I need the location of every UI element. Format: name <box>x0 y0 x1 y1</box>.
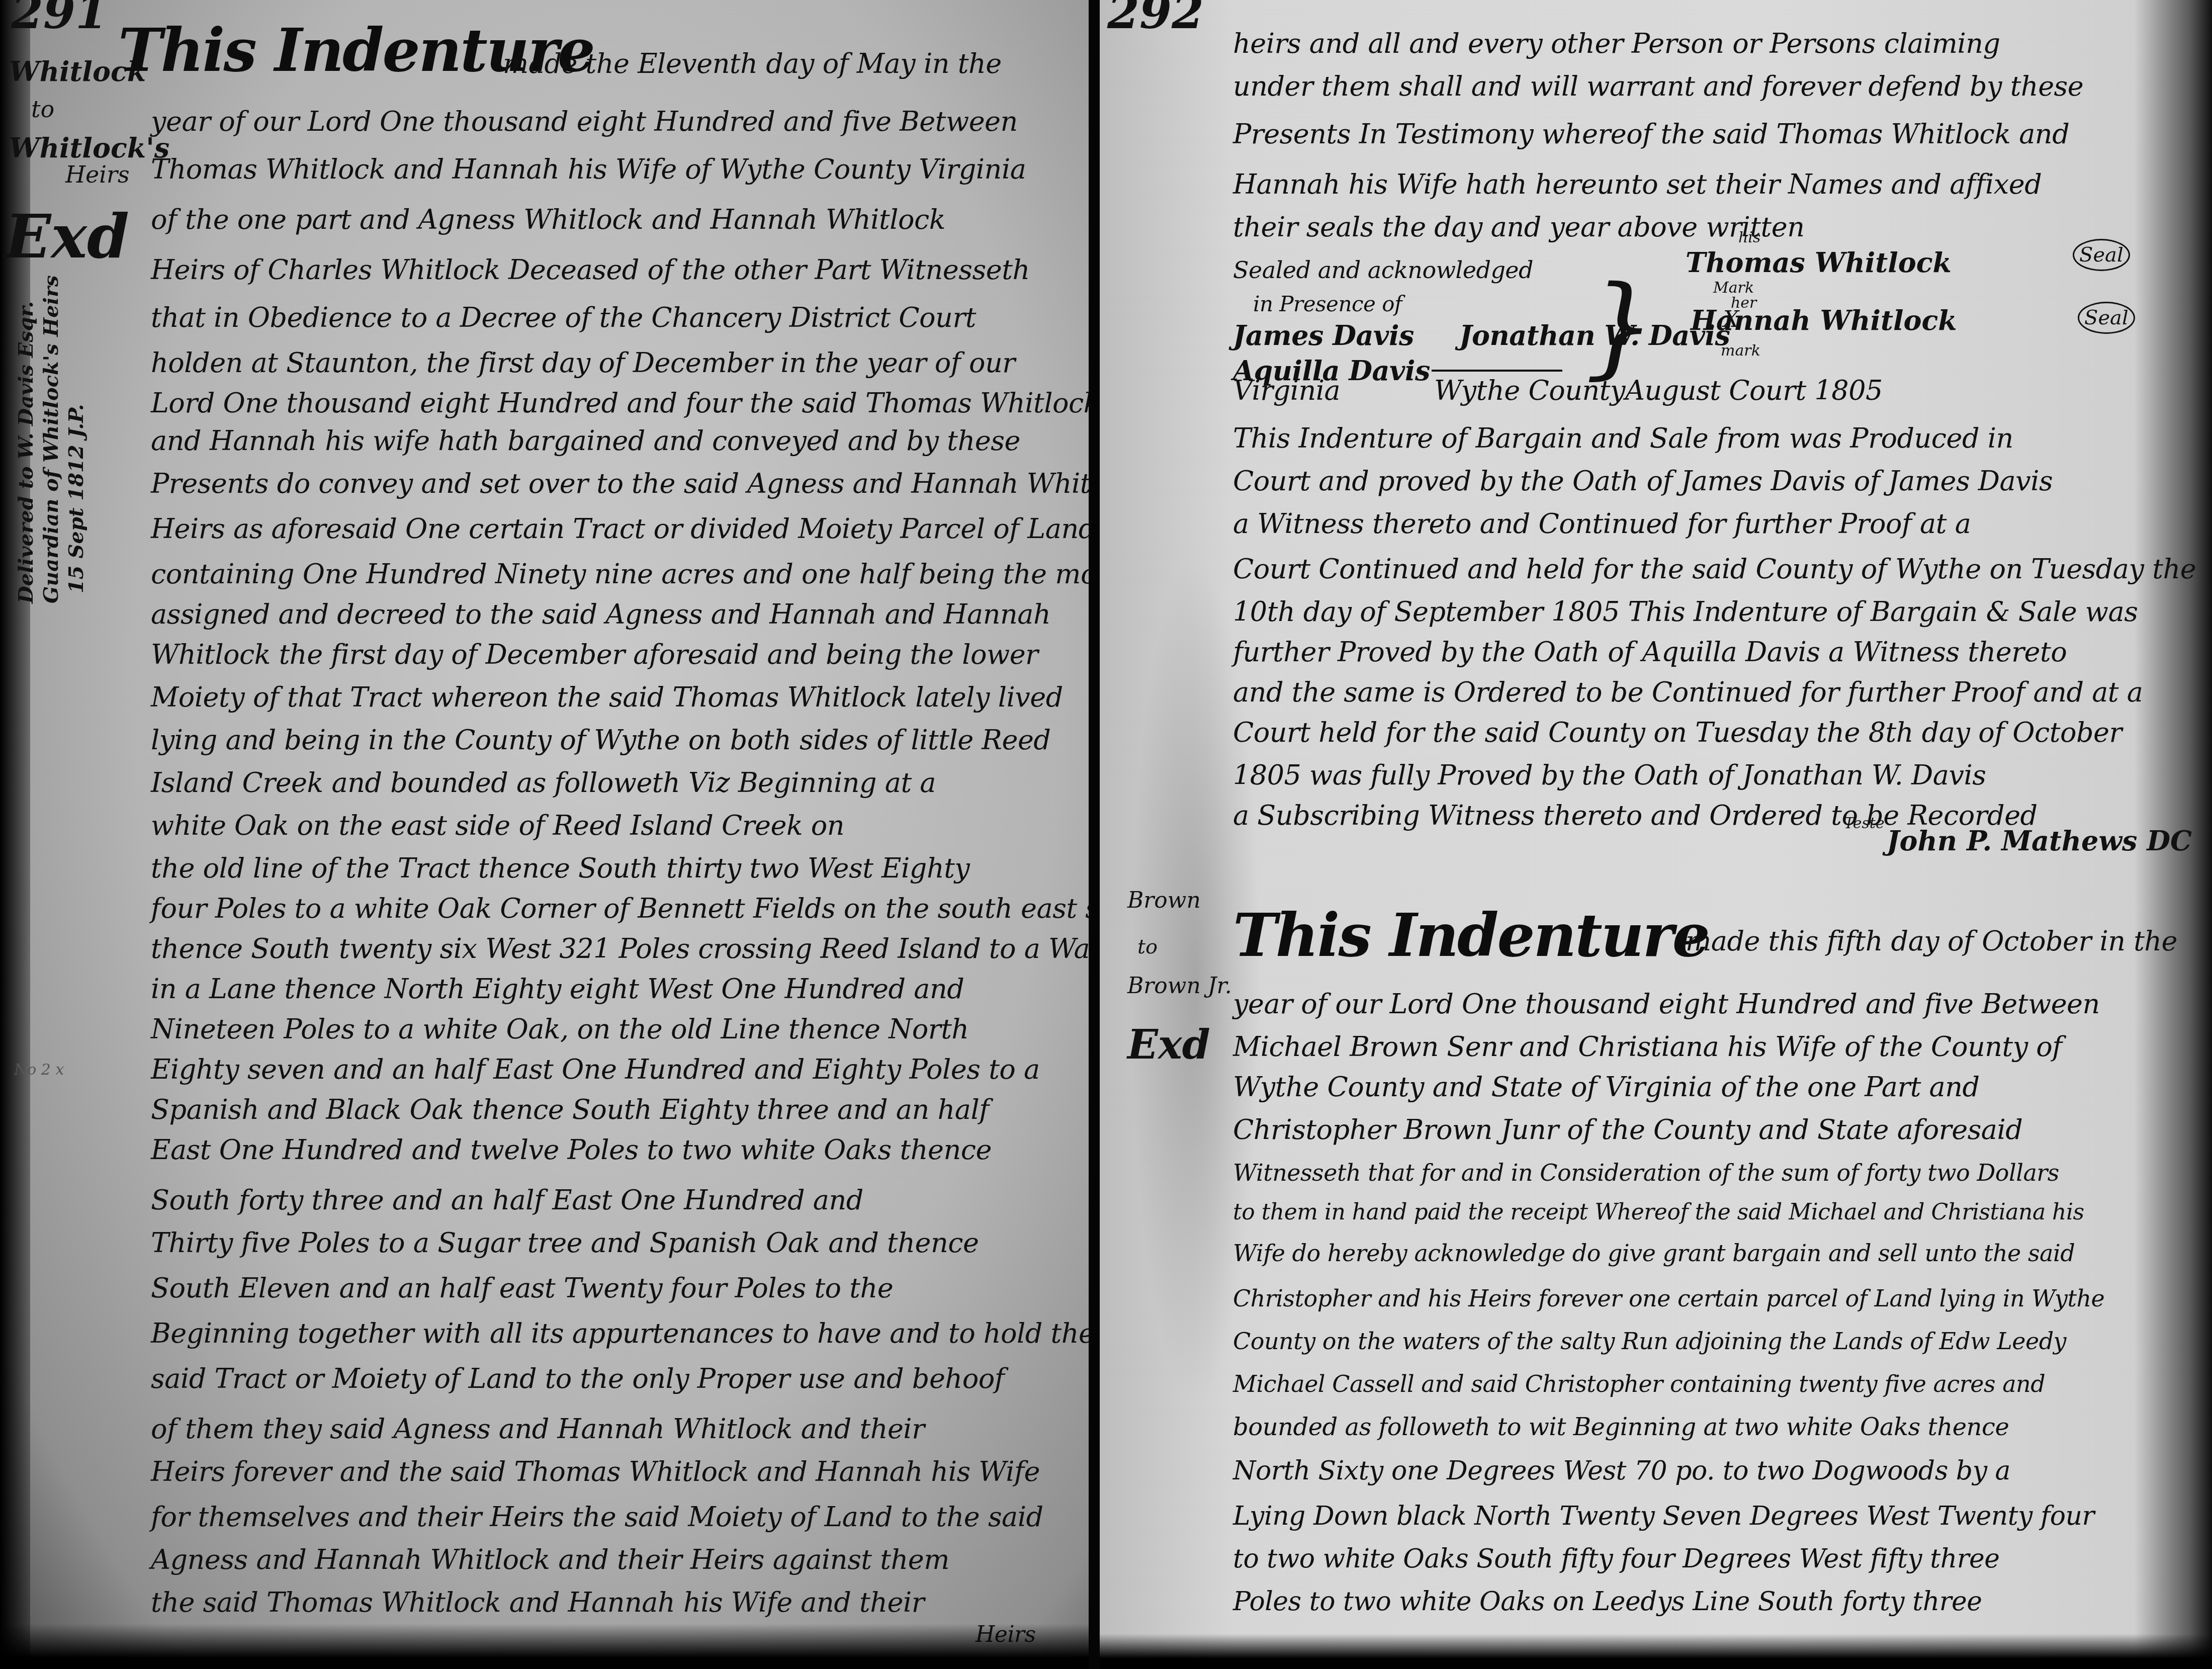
text-line: holden at Staunton, the first day of Dec… <box>151 347 1015 379</box>
delivery-note: Guardian of Whitlock's Heirs <box>39 276 63 603</box>
text-line: for themselves and their Heirs the said … <box>151 1501 1043 1533</box>
text-line: Lying Down black North Twenty Seven Degr… <box>1233 1501 2094 1531</box>
text-line: Wife do hereby acknowledge do give grant… <box>1233 1240 2075 1267</box>
text-line: lying and being in the County of Wythe o… <box>151 724 1050 756</box>
text-line: Heirs as aforesaid One certain Tract or … <box>151 513 1089 545</box>
page-number: 291 <box>11 0 108 39</box>
text-line: North Sixty one Degrees West 70 po. to t… <box>1233 1456 2010 1486</box>
indenture-heading: This Indenture <box>1233 900 1709 970</box>
text-line: made this fifth day of October in the <box>1686 925 2177 957</box>
right-page: 292 heirs and all and every other Person… <box>1100 0 2212 1669</box>
text-line: to two white Oaks South fifty four Degre… <box>1233 1544 2000 1574</box>
text-line: further Proved by the Oath of Aquilla Da… <box>1233 636 2067 668</box>
text-line: year of our Lord One thousand eight Hund… <box>151 106 1018 137</box>
margin-caption: Brown Jr. <box>1127 973 1232 999</box>
page-number: 292 <box>1107 0 1204 39</box>
text-line: assigned and decreed to the said Agness … <box>151 598 1050 630</box>
text-line: said Tract or Moiety of Land to the only… <box>151 1363 1004 1394</box>
text-line: and the same is Ordered to be Continued … <box>1233 676 2143 708</box>
margin-caption: to <box>1137 935 1158 958</box>
text-line: Moiety of that Tract whereon the said Th… <box>151 681 1063 713</box>
text-line: Hannah his Wife hath hereunto set their … <box>1233 168 2042 200</box>
book-gutter <box>1089 0 1100 1669</box>
margin-caption: Whitlock's <box>9 132 169 164</box>
examined-mark: Exd <box>1127 1021 1210 1068</box>
text-line: Court held for the said County on Tuesda… <box>1233 717 2122 748</box>
left-page: 291 Whitlock to Whitlock's Heirs Exd Del… <box>0 0 1089 1669</box>
text-line: that in Obedience to a Decree of the Cha… <box>151 302 976 333</box>
text-line: Heirs forever and the said Thomas Whitlo… <box>151 1456 1040 1487</box>
text-line: four Poles to a white Oak Corner of Benn… <box>151 893 1089 924</box>
text-line: Eighty seven and an half East One Hundre… <box>151 1053 1040 1085</box>
delivery-note: Delivered to W. Davis Esqr. <box>14 301 38 603</box>
text-line: year of our Lord One thousand eight Hund… <box>1233 988 2100 1020</box>
text-line: Thirty five Poles to a Sugar tree and Sp… <box>151 1227 979 1259</box>
margin-caption: to <box>31 96 54 123</box>
margin-caption: Brown <box>1127 888 1201 913</box>
text-line: the old line of the Tract thence South t… <box>151 852 969 884</box>
text-line: 10th day of September 1805 This Indentur… <box>1233 596 2138 628</box>
attestation-line: Sealed and acknowledged <box>1233 256 1533 284</box>
teste-label: Teste <box>1844 815 1885 832</box>
text-line: Witnesseth that for and in Consideration… <box>1233 1159 2059 1186</box>
text-line: Heirs of Charles Whitlock Deceased of th… <box>151 254 1030 286</box>
text-line: bounded as followeth to wit Beginning at… <box>1233 1413 2009 1441</box>
seal: Seal <box>2078 302 2135 334</box>
witness-signature: James Davis <box>1233 319 1414 352</box>
catchword: Heirs <box>976 1622 1036 1647</box>
grantor-signature: Thomas Whitlock <box>1686 246 1952 279</box>
text-line: East One Hundred and twelve Poles to two… <box>151 1134 992 1166</box>
text-line: containing One Hundred Ninety nine acres… <box>151 558 1089 590</box>
text-line: their seals the day and year above writt… <box>1233 211 1804 243</box>
text-line: Spanish and Black Oak thence South Eight… <box>151 1094 989 1125</box>
court-venue-county: Wythe County <box>1434 375 1625 406</box>
text-line: the said Thomas Whitlock and Hannah his … <box>151 1587 924 1618</box>
text-line: Presents In Testimony whereof the said T… <box>1233 118 2069 150</box>
court-venue-state: Virginia <box>1233 375 1340 406</box>
signature-annotation: mark <box>1721 342 1760 360</box>
text-line: Christopher Brown Junr of the County and… <box>1233 1114 2022 1146</box>
text-line: Island Creek and bounded as followeth Vi… <box>151 767 936 799</box>
attestation-line: in Presence of <box>1253 292 1402 316</box>
text-line: white Oak on the east side of Reed Islan… <box>151 810 844 841</box>
text-line: Poles to two white Oaks on Leedys Line S… <box>1233 1587 1982 1617</box>
text-line: Michael Cassell and said Christopher con… <box>1233 1370 2045 1397</box>
text-line: Thomas Whitlock and Hannah his Wife of W… <box>151 153 1026 185</box>
text-line: and Hannah his wife hath bargained and c… <box>151 425 1020 457</box>
text-line: thence South twenty six West 321 Poles c… <box>151 933 1089 964</box>
clerk-signature: John P. Mathews DC <box>1887 825 2192 857</box>
text-line: South Eleven and an half east Twenty fou… <box>151 1272 893 1304</box>
signature-mark: X <box>1723 307 1739 332</box>
text-line: Court and proved by the Oath of James Da… <box>1233 465 2053 497</box>
text-line: Wythe County and State of Virginia of th… <box>1233 1071 1980 1103</box>
text-line: Agness and Hannah Whitlock and their Hei… <box>151 1544 949 1575</box>
text-line: Beginning together with all its appurten… <box>151 1317 1089 1349</box>
text-line: South forty three and an half East One H… <box>151 1184 863 1216</box>
text-line: under them shall and will warrant and fo… <box>1233 70 2083 102</box>
text-line: Christopher and his Heirs forever one ce… <box>1233 1285 2104 1312</box>
margin-caption: Heirs <box>65 161 130 188</box>
text-line: of the one part and Agness Whitlock and … <box>151 204 945 235</box>
text-line: made the Eleventh day of May in the <box>503 48 1002 79</box>
text-line: Nineteen Poles to a white Oak, on the ol… <box>151 1013 969 1045</box>
seal: Seal <box>2073 239 2130 271</box>
delivery-note: 15 Sept 1812 J.P. <box>64 404 88 593</box>
text-line: of them they said Agness and Hannah Whit… <box>151 1413 924 1445</box>
examined-mark: Exd <box>5 201 129 272</box>
margin-mark: No 2 x <box>14 1061 64 1079</box>
text-line: Court Continued and held for the said Co… <box>1233 553 2196 585</box>
text-line: heirs and all and every other Person or … <box>1233 28 2000 59</box>
signature-annotation: his <box>1738 229 1760 246</box>
text-line: Presents do convey and set over to the s… <box>151 468 1089 499</box>
text-line: a Witness thereto and Continued for furt… <box>1233 508 1971 540</box>
text-line: to them in hand paid the receipt Whereof… <box>1233 1199 2084 1225</box>
deed-book-spread: 291 Whitlock to Whitlock's Heirs Exd Del… <box>0 0 2212 1669</box>
text-line: County on the waters of the salty Run ad… <box>1233 1328 2066 1355</box>
text-line: This Indenture of Bargain and Sale from … <box>1233 422 2013 454</box>
text-line: Michael Brown Senr and Christiana his Wi… <box>1233 1031 2062 1063</box>
court-venue-term: August Court 1805 <box>1625 375 1883 406</box>
text-line: 1805 was fully Proved by the Oath of Jon… <box>1233 759 1986 791</box>
text-line: Whitlock the first day of December afore… <box>151 639 1038 670</box>
text-line: in a Lane thence North Eighty eight West… <box>151 973 964 1005</box>
text-line: Lord One thousand eight Hundred and four… <box>151 387 1089 419</box>
